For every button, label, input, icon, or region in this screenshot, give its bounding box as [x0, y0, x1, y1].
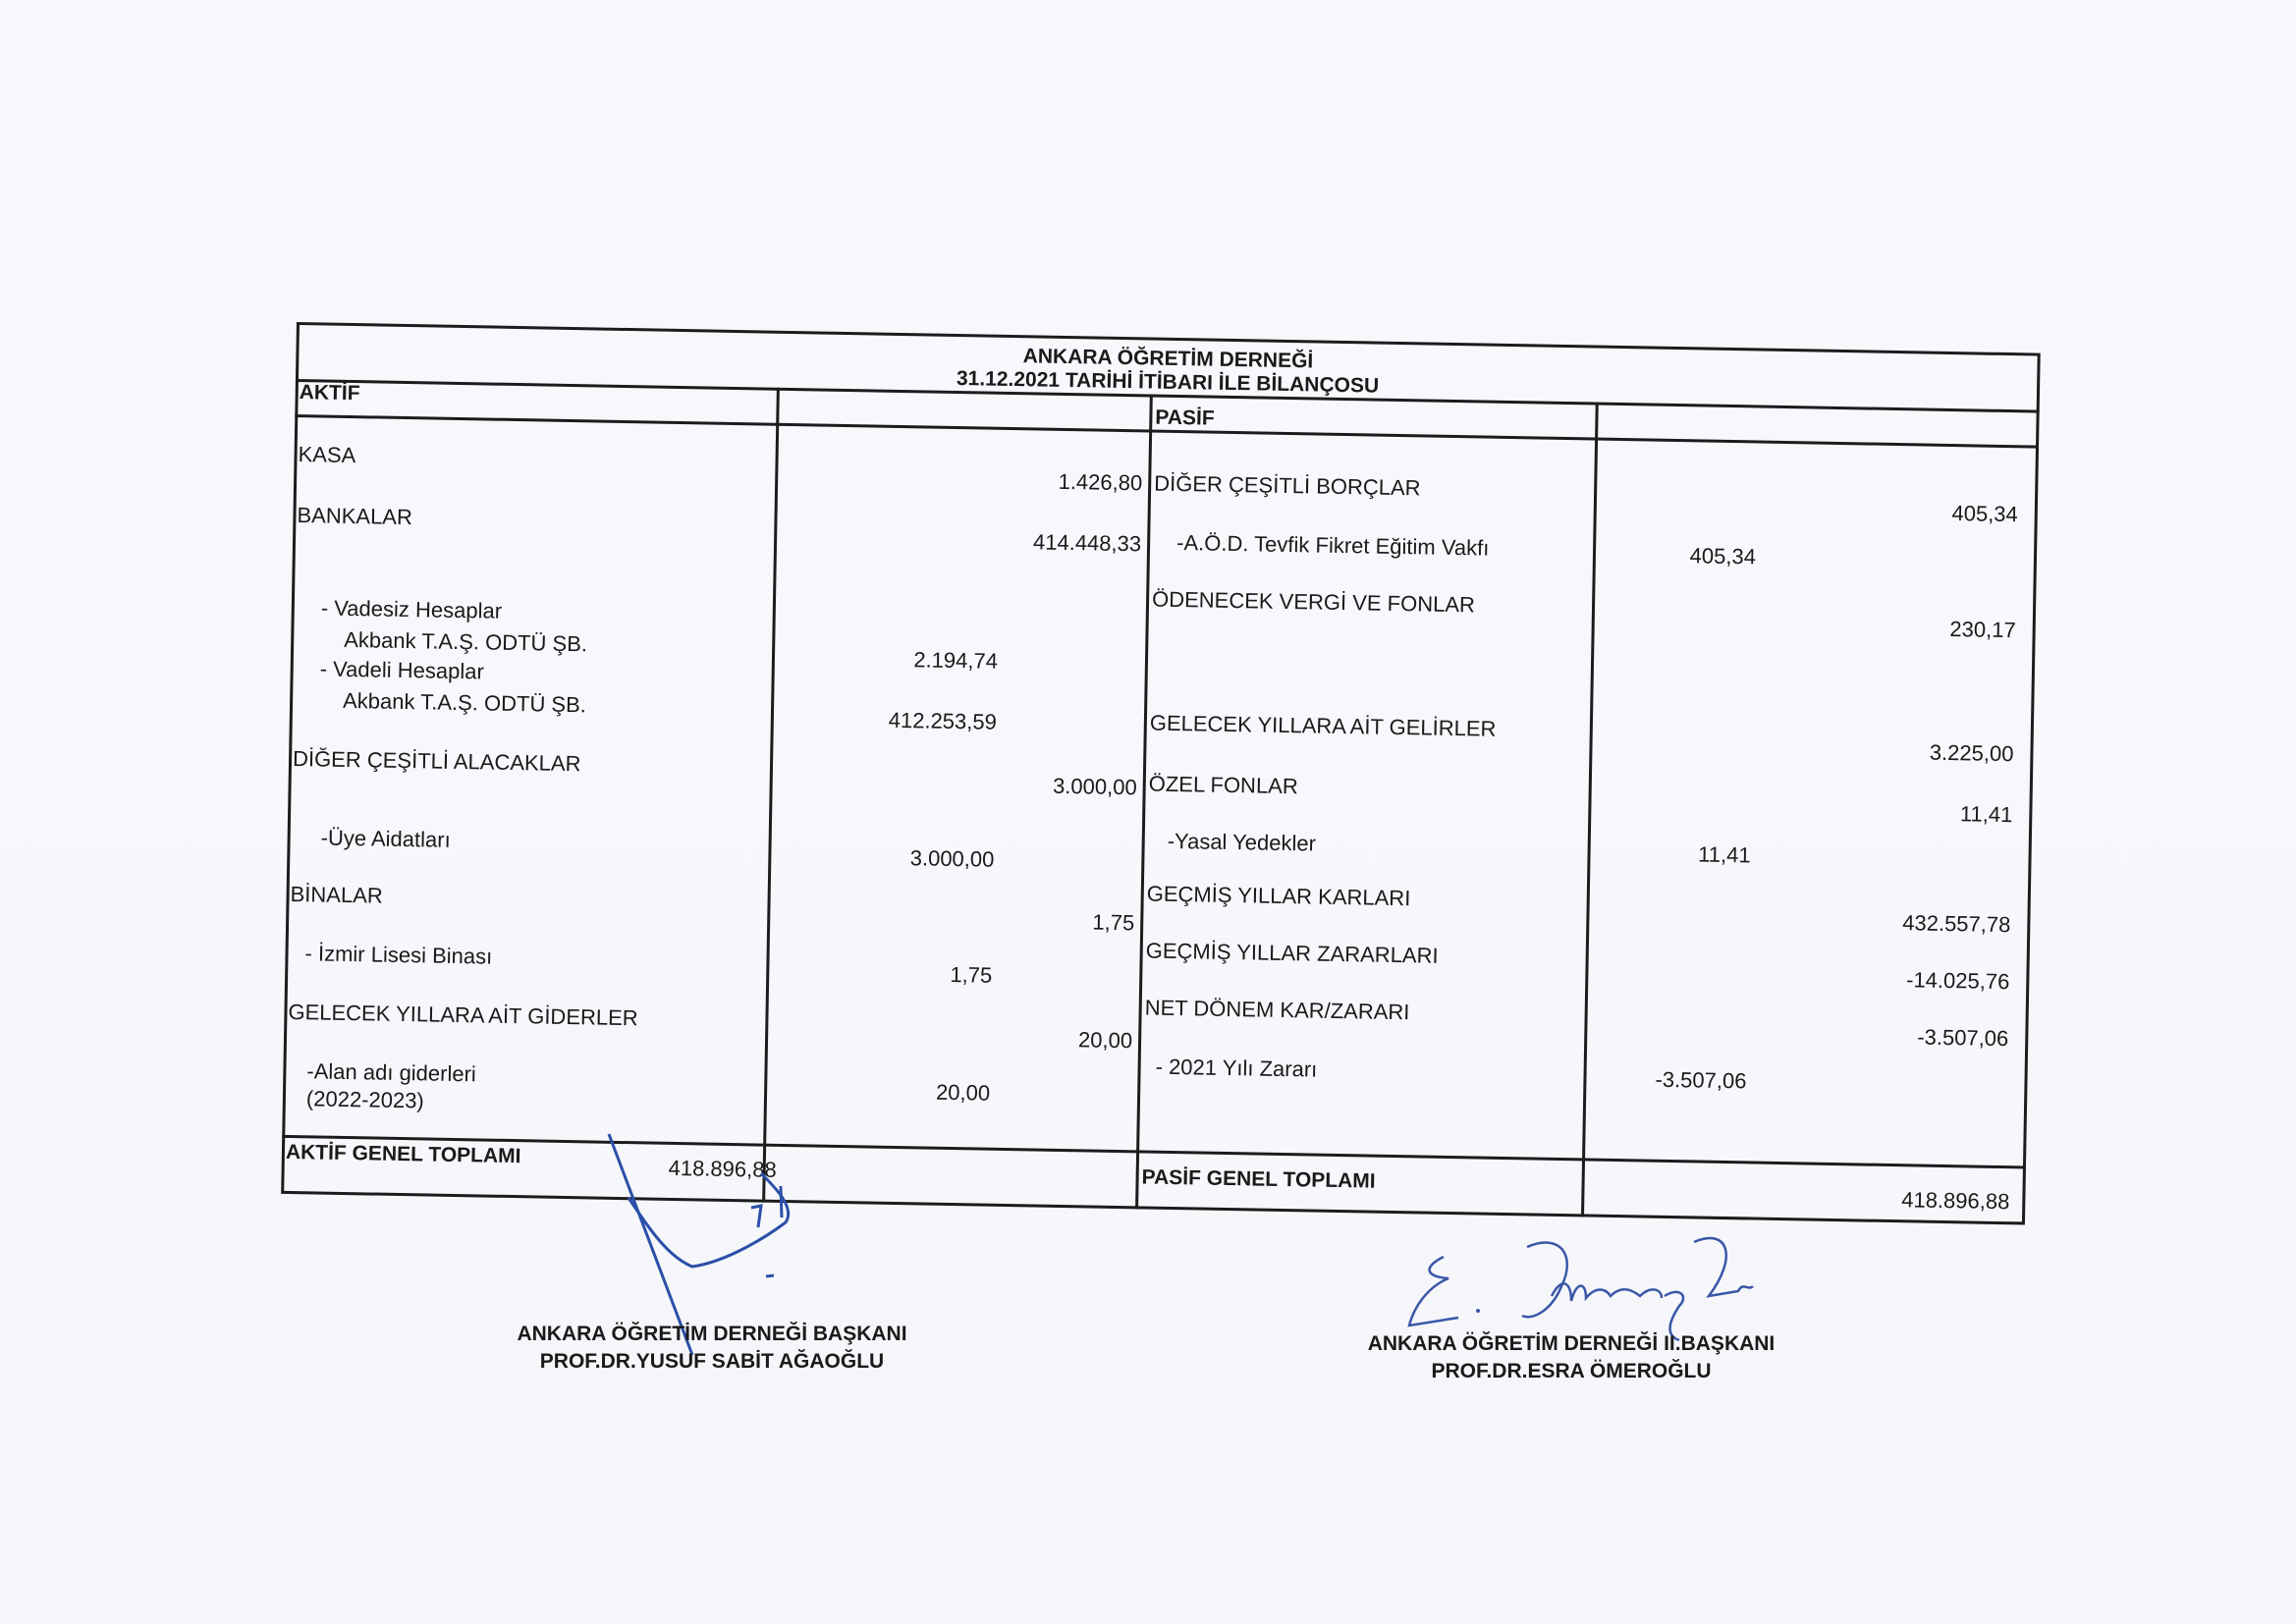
- pasif-header: PASİF: [1155, 406, 1215, 431]
- signature-name: PROF.DR.YUSUF SABİT AĞAOĞLU: [481, 1348, 943, 1376]
- pasif-row-label: -Yasal Yedekler: [1167, 829, 1316, 857]
- aktif-row-label: - İzmir Lisesi Binası: [304, 941, 492, 969]
- scanned-page: ANKARA ÖĞRETİM DERNEĞİ 31.12.2021 TARİHİ…: [0, 0, 2296, 1624]
- aktif-row-label: BANKALAR: [297, 503, 412, 530]
- pasif-row-amount: 432.557,78: [1798, 908, 2010, 938]
- balance-sheet-table: ANKARA ÖĞRETİM DERNEĞİ 31.12.2021 TARİHİ…: [281, 322, 2041, 1224]
- pasif-row-label: DİĞER ÇEŞİTLİ BORÇLAR: [1154, 471, 1421, 502]
- aktif-row-label: - Vadesiz Hesaplar: [321, 595, 503, 623]
- signature-name: PROF.DR.ESRA ÖMEROĞLU: [1326, 1358, 1817, 1385]
- aktif-row-sub-amount: 20,00: [833, 1078, 990, 1107]
- aktif-row-label: Akbank T.A.Ş. ODTÜ ŞB.: [344, 627, 587, 657]
- pasif-row-label: ÖZEL FONLAR: [1149, 772, 1298, 800]
- signature-role: ANKARA ÖĞRETİM DERNEĞİ BAŞKANI: [481, 1321, 943, 1348]
- pasif-row-amount: 11,41: [1800, 798, 2012, 828]
- aktif-row-amount: 1.426,80: [942, 467, 1142, 497]
- signature-role: ANKARA ÖĞRETİM DERNEĞİ II.BAŞKANI: [1326, 1330, 1817, 1358]
- pasif-row-amount: 230,17: [1803, 614, 2015, 643]
- aktif-row-label: Akbank T.A.Ş. ODTÜ ŞB.: [343, 688, 586, 718]
- pasif-row-sub-amount: 11,41: [1603, 840, 1750, 869]
- pasif-row-label: GEÇMİŞ YILLAR ZARARLARI: [1146, 938, 1439, 968]
- aktif-row-sub-amount: 3.000,00: [837, 844, 994, 873]
- aktif-row-label: DİĞER ÇEŞİTLİ ALACAKLAR: [293, 746, 581, 777]
- aktif-row-amount: 20,00: [932, 1025, 1132, 1055]
- aktif-row-label: -Alan adı giderleri: [306, 1058, 476, 1087]
- pasif-row-amount: -14.025,76: [1797, 965, 2009, 995]
- aktif-row-label: (2022-2023): [306, 1086, 424, 1113]
- aktif-header: AKTİF: [300, 381, 360, 406]
- pasif-row-sub-amount: 405,34: [1609, 542, 1756, 570]
- pasif-total-label: PASİF GENEL TOPLAMI: [1141, 1165, 1375, 1193]
- aktif-row-label: KASA: [298, 442, 355, 468]
- aktif-row-sub-amount: 2.194,74: [841, 646, 998, 675]
- pasif-total-amount: 418.896,88: [1715, 1184, 2009, 1215]
- pasif-row-sub-amount: -3.507,06: [1599, 1066, 1746, 1095]
- pasif-row-label: GEÇMİŞ YILLAR KARLARI: [1147, 882, 1411, 912]
- aktif-row-sub-amount: 1,75: [835, 960, 992, 989]
- signature-block-vice-president: ANKARA ÖĞRETİM DERNEĞİ II.BAŞKANI PROF.D…: [1326, 1330, 1817, 1385]
- signature-block-president: ANKARA ÖĞRETİM DERNEĞİ BAŞKANI PROF.DR.Y…: [481, 1321, 943, 1376]
- aktif-row-amount: 414.448,33: [941, 528, 1141, 558]
- pasif-row-amount: -3.507,06: [1796, 1022, 2008, 1052]
- aktif-row-amount: 1,75: [934, 907, 1134, 937]
- aktif-row-label: -Üye Aidatları: [320, 826, 451, 853]
- pasif-row-amount: 405,34: [1806, 498, 2018, 527]
- aktif-row-label: - Vadeli Hesaplar: [319, 656, 484, 684]
- aktif-row-sub-amount: 412.253,59: [840, 707, 997, 735]
- aktif-row-label: BİNALAR: [290, 882, 383, 909]
- pasif-row-amount: 3.225,00: [1801, 737, 2013, 767]
- pasif-row-label: - 2021 Yılı Zararı: [1155, 1055, 1317, 1083]
- aktif-row-amount: 3.000,00: [936, 772, 1136, 801]
- pasif-row-label: NET DÖNEM KAR/ZARARI: [1144, 995, 1409, 1025]
